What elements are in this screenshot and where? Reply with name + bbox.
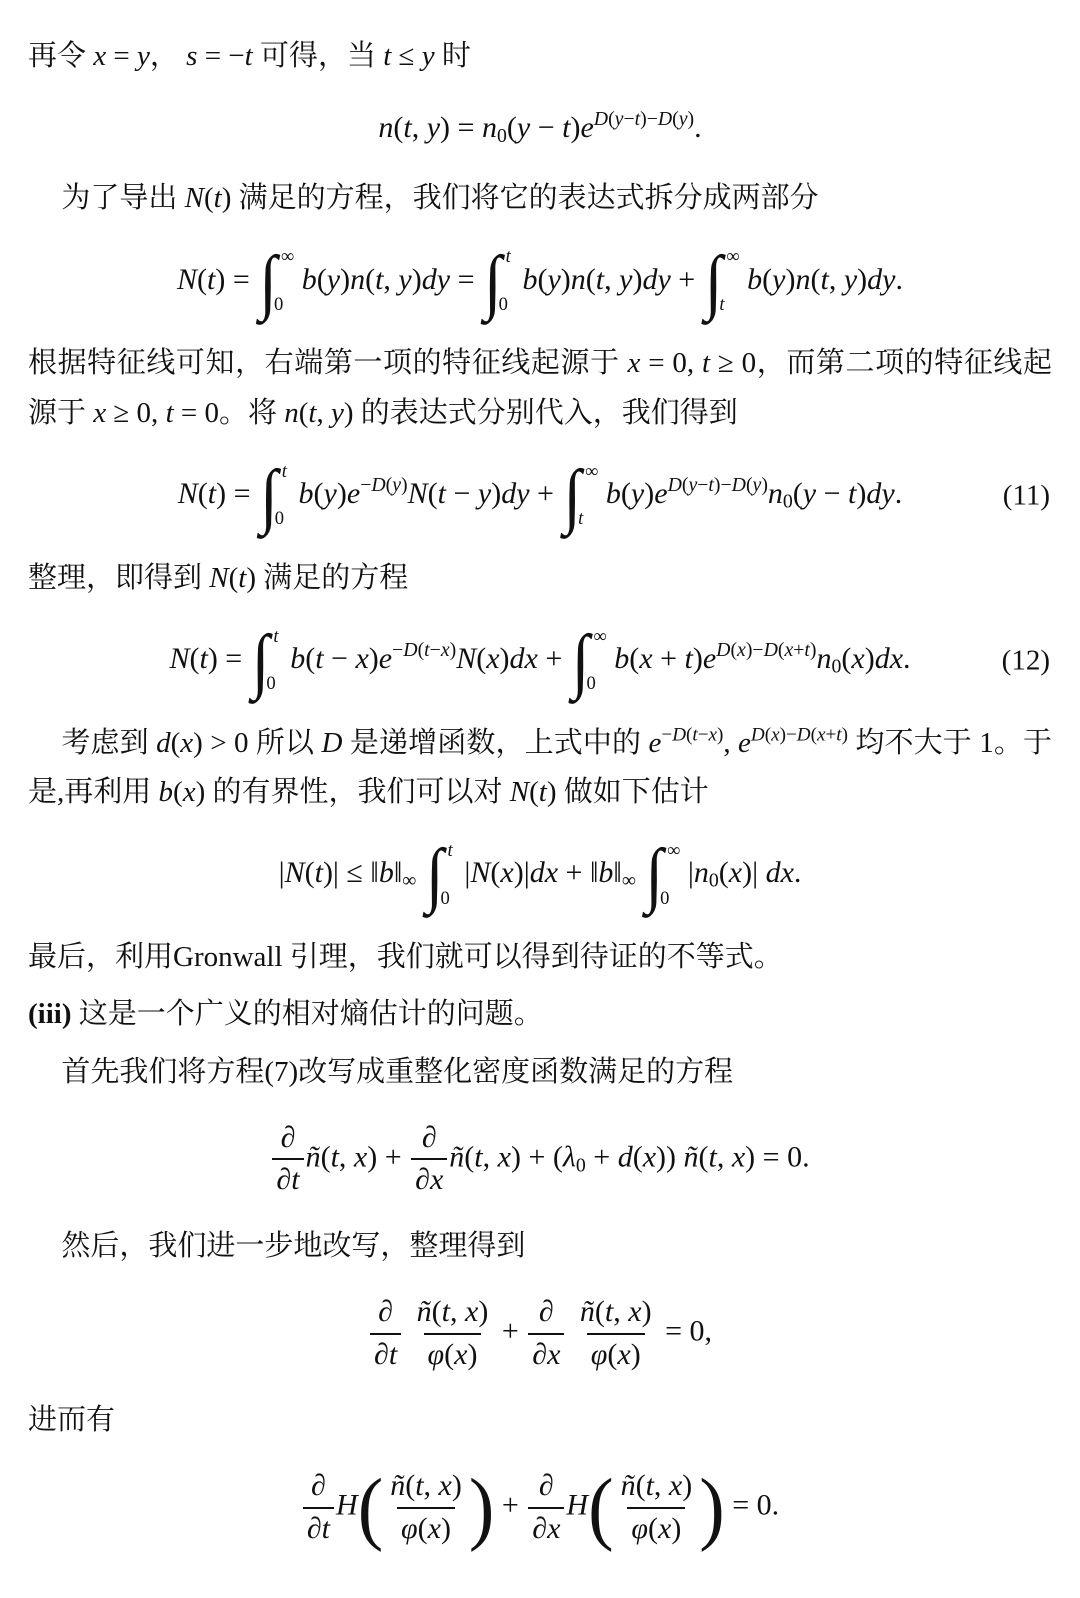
- document-body: 再令 x = y， s = −t 可得，当 t ≤ y 时n(t, y) = n…: [28, 32, 1052, 1546]
- paragraph: 为了导出 N(t) 满足的方程，我们将它的表达式拆分成两部分: [28, 174, 1052, 223]
- paragraph: 首先我们将方程(7)改写成重整化密度函数满足的方程: [28, 1048, 1052, 1097]
- equation: N(t) = ∫t0 b(y)e−D(y)N(t − y)dy + ∫∞t b(…: [28, 462, 1052, 530]
- equation-math: N(t) = ∫t0 b(y)e−D(y)N(t − y)dy + ∫∞t b(…: [178, 462, 902, 530]
- paragraph: (iii) 这是一个广义的相对熵估计的问题。: [28, 990, 1052, 1039]
- equation: |N(t)| ≤ ‖b‖∞ ∫t0 |N(x)|dx + ‖b‖∞ ∫∞0 |n…: [28, 841, 1052, 909]
- equation-math: ∂∂tH(ñ(t, x)φ(x)) + ∂∂xH(ñ(t, x)φ(x)) = …: [301, 1469, 779, 1546]
- paragraph: 进而有: [28, 1396, 1052, 1445]
- equation: ∂∂tñ(t, x) + ∂∂xñ(t, x) + (λ0 + d(x)) ñ(…: [28, 1121, 1052, 1198]
- document-page: 再令 x = y， s = −t 可得，当 t ≤ y 时n(t, y) = n…: [0, 0, 1080, 1598]
- equation-math: N(t) = ∫t0 b(t − x)e−D(t−x)N(x)dx + ∫∞0 …: [169, 627, 910, 695]
- equation: n(t, y) = n0(y − t)eD(y−t)−D(y).: [28, 105, 1052, 150]
- equation: ∂∂t ñ(t, x)φ(x) + ∂∂x ñ(t, x)φ(x) = 0,: [28, 1295, 1052, 1372]
- equation-number: (12): [1002, 644, 1050, 677]
- equation-number: (11): [1003, 479, 1050, 512]
- paragraph: 考虑到 d(x) > 0 所以 D 是递增函数，上式中的 e−D(t−x), e…: [28, 719, 1052, 818]
- paragraph: 然后，我们进一步地改写，整理得到: [28, 1222, 1052, 1271]
- equation: ∂∂tH(ñ(t, x)φ(x)) + ∂∂xH(ñ(t, x)φ(x)) = …: [28, 1469, 1052, 1546]
- equation-math: N(t) = ∫∞0 b(y)n(t, y)dy = ∫t0 b(y)n(t, …: [177, 248, 903, 316]
- equation-math: n(t, y) = n0(y − t)eD(y−t)−D(y).: [378, 111, 701, 145]
- equation-math: |N(t)| ≤ ‖b‖∞ ∫t0 |N(x)|dx + ‖b‖∞ ∫∞0 |n…: [279, 841, 802, 909]
- equation: N(t) = ∫∞0 b(y)n(t, y)dy = ∫t0 b(y)n(t, …: [28, 248, 1052, 316]
- equation-math: ∂∂t ñ(t, x)φ(x) + ∂∂x ñ(t, x)φ(x) = 0,: [368, 1295, 712, 1372]
- paragraph: 最后，利用Gronwall 引理，我们就可以得到待证的不等式。: [28, 933, 1052, 982]
- equation-math: ∂∂tñ(t, x) + ∂∂xñ(t, x) + (λ0 + d(x)) ñ(…: [270, 1121, 809, 1198]
- paragraph: 根据特征线可知，右端第一项的特征线起源于 x = 0, t ≥ 0，而第二项的特…: [28, 339, 1052, 438]
- paragraph: 整理，即得到 N(t) 满足的方程: [28, 554, 1052, 603]
- paragraph: 再令 x = y， s = −t 可得，当 t ≤ y 时: [28, 32, 1052, 81]
- equation: N(t) = ∫t0 b(t − x)e−D(t−x)N(x)dx + ∫∞0 …: [28, 627, 1052, 695]
